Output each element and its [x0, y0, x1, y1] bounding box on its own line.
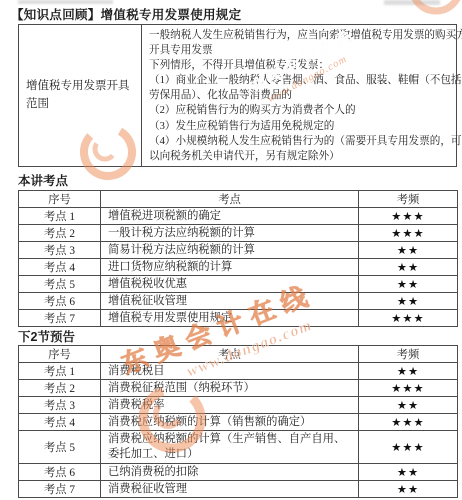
kp-point-cell: 已纳消费税的扣除: [101, 464, 359, 481]
review-line: （3）发生应税销售行为适用免税规定的: [149, 119, 450, 134]
kp-no-cell: 考点 1: [19, 208, 101, 225]
kp-point-cell: 消费税征税范围（纳税环节）: [101, 380, 359, 397]
next-keypoints-table: 序号 考点 考频 考点 1 消费税税目 ★★ 考点 2 消费税征税范围（纳税环节…: [18, 345, 458, 498]
kp-freq-stars: ★★: [359, 242, 458, 259]
kp-point-cell: 增值税专用发票使用规定: [101, 310, 359, 327]
table-row: 考点 5 消费税应纳税额的计算（生产销售、自产自用、委托加工、进口） ★★★: [19, 431, 458, 464]
kp-no-cell: 考点 2: [19, 380, 101, 397]
scan-artifact: [18, 0, 113, 4]
kp-freq-stars: ★★: [359, 397, 458, 414]
kp-no-cell: 考点 2: [19, 225, 101, 242]
review-line: （2）应税销售行为的购买方为消费者个人的: [149, 103, 450, 118]
kp-point-cell: 增值税征收管理: [101, 293, 359, 310]
kp-freq-stars: ★★★: [359, 225, 458, 242]
kp-point-cell: 消费税征收管理: [101, 481, 359, 498]
section-heading-current: 本讲考点: [18, 171, 68, 189]
column-header-no: 序号: [19, 191, 101, 208]
review-row: 增值税专用发票开具范围 一般纳税人发生应税销售行为，应当向索取增值税专用发票的购…: [19, 25, 457, 167]
kp-no-cell: 考点 7: [19, 310, 101, 327]
page-title: 【知识点回顾】增值税专用发票使用规定: [11, 5, 241, 23]
table-row: 考点 3 消费税税率 ★★: [19, 397, 458, 414]
kp-freq-stars: ★★: [359, 481, 458, 498]
column-header-no: 序号: [19, 346, 101, 363]
table-row: 考点 7 消费税征收管理 ★★: [19, 481, 458, 498]
review-line: 开具专用发票: [149, 43, 450, 58]
kp-point-cell: 消费税应纳税额的计算（生产销售、自产自用、委托加工、进口）: [101, 431, 359, 464]
kp-no-cell: 考点 6: [19, 293, 101, 310]
table-header-row: 序号 考点 考频: [19, 346, 458, 363]
table-row: 考点 3 简易计税方法应纳税额的计算 ★★: [19, 242, 458, 259]
review-line: （1）商业企业一般纳税人零售烟、酒、食品、服装、鞋帽（不包括: [149, 73, 450, 88]
kp-no-cell: 考点 5: [19, 276, 101, 293]
column-header-freq: 考频: [359, 346, 458, 363]
table-row: 考点 4 消费税应纳税额的计算（销售额的确定） ★★★: [19, 414, 458, 431]
kp-no-cell: 考点 6: [19, 464, 101, 481]
table-header-row: 序号 考点 考频: [19, 191, 458, 208]
column-header-point: 考点: [101, 191, 359, 208]
kp-point-cell: 简易计税方法应纳税额的计算: [101, 242, 359, 259]
section-heading-next: 下2节预告: [18, 327, 75, 345]
scan-artifact: [384, 0, 440, 5]
kp-point-cell: 一般计税方法应纳税额的计算: [101, 225, 359, 242]
kp-no-cell: 考点 1: [19, 363, 101, 380]
column-header-point: 考点: [101, 346, 359, 363]
kp-freq-stars: ★★★: [359, 380, 458, 397]
kp-point-cell: 进口货物应纳税额的计算: [101, 259, 359, 276]
review-row-content: 一般纳税人发生应税销售行为，应当向索取增值税专用发票的购买方 开具专用发票 下列…: [142, 25, 457, 167]
kp-point-cell: 增值税进项税额的确定: [101, 208, 359, 225]
column-header-freq: 考频: [359, 191, 458, 208]
table-row: 考点 2 消费税征税范围（纳税环节） ★★★: [19, 380, 458, 397]
kp-freq-stars: ★★: [359, 363, 458, 380]
kp-freq-stars: ★★: [359, 276, 458, 293]
kp-freq-stars: ★★★: [359, 414, 458, 431]
kp-no-cell: 考点 7: [19, 481, 101, 498]
review-line: 下列情形，不得开具增值税专用发票：: [149, 58, 450, 73]
kp-no-cell: 考点 4: [19, 414, 101, 431]
kp-freq-stars: ★★★: [359, 208, 458, 225]
kp-freq-stars: ★★: [359, 259, 458, 276]
table-row: 考点 6 已纳消费税的扣除 ★★: [19, 464, 458, 481]
kp-point-cell: 增值税税收优惠: [101, 276, 359, 293]
kp-point-cell: 消费税税目: [101, 363, 359, 380]
review-line: 以向税务机关申请代开，另有规定除外）: [149, 149, 450, 164]
table-row: 考点 4 进口货物应纳税额的计算 ★★: [19, 259, 458, 276]
table-row: 考点 7 增值税专用发票使用规定 ★★★: [19, 310, 458, 327]
kp-no-cell: 考点 3: [19, 242, 101, 259]
kp-freq-stars: ★★★: [359, 310, 458, 327]
kp-no-cell: 考点 4: [19, 259, 101, 276]
kp-point-cell: 消费税税率: [101, 397, 359, 414]
review-line: 一般纳税人发生应税销售行为，应当向索取增值税专用发票的购买方: [149, 28, 450, 43]
review-row-label: 增值税专用发票开具范围: [19, 25, 142, 167]
current-keypoints-table: 序号 考点 考频 考点 1 增值税进项税额的确定 ★★★ 考点 2 一般计税方法…: [18, 190, 458, 327]
review-table: 增值税专用发票开具范围 一般纳税人发生应税销售行为，应当向索取增值税专用发票的购…: [18, 24, 457, 167]
table-row: 考点 1 消费税税目 ★★: [19, 363, 458, 380]
kp-freq-stars: ★★★: [359, 431, 458, 464]
kp-freq-stars: ★★: [359, 293, 458, 310]
table-row: 考点 1 增值税进项税额的确定 ★★★: [19, 208, 458, 225]
review-line: 劳保用品）、化妆品等消费品的: [149, 88, 450, 103]
review-line: （4）小规模纳税人发生应税销售行为的（需要开具专用发票的，可: [149, 134, 450, 149]
kp-freq-stars: ★★: [359, 464, 458, 481]
kp-no-cell: 考点 3: [19, 397, 101, 414]
table-row: 考点 2 一般计税方法应纳税额的计算 ★★★: [19, 225, 458, 242]
table-row: 考点 6 增值税征收管理 ★★: [19, 293, 458, 310]
kp-no-cell: 考点 5: [19, 431, 101, 464]
table-row: 考点 5 增值税税收优惠 ★★: [19, 276, 458, 293]
kp-point-cell: 消费税应纳税额的计算（销售额的确定）: [101, 414, 359, 431]
